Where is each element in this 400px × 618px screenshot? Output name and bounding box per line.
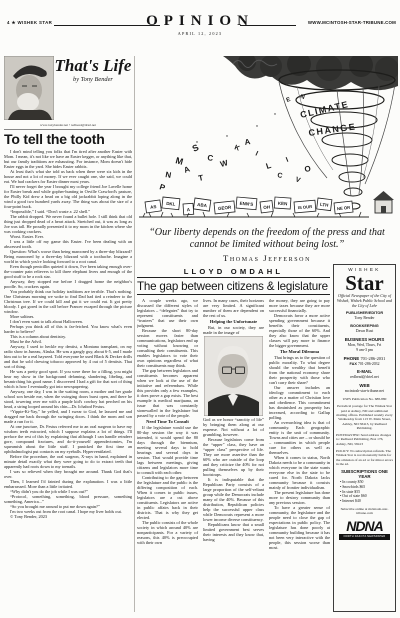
paragraph: the money, they are going to pay more ta… [269,298,330,313]
ndna-logo: NDNA [336,520,393,533]
column-title: That's Life [54,58,132,74]
paragraph: At one juncture, Dr. Festus referred me … [4,424,132,454]
paragraph: You probably think our holiday tradition… [4,289,132,314]
business-hours-time: 9 am-3 pm [336,348,393,353]
paragraph: When it comes to status, North Dakota ne… [269,455,330,490]
paragraph: God as we honor “sanctity of life” by br… [203,417,264,437]
subhead-helping: Helping the Unfortunate [207,319,260,324]
paragraph: A couple weeks ago, we discussed the dif… [137,298,198,328]
omdahl-column-3: the money, they are going to pay more ta… [269,298,330,594]
lloyd-omdahl-photo [204,336,263,416]
subscriptions-title: SUBSCRIPTIONS ONE YEAR [336,470,393,480]
paragraph: Before the procedure, the oral surgeon, … [4,454,132,469]
paragraph: I don't mind telling you folks that I'm … [4,149,132,169]
newspaper-page: 4 ★ WISHEK STAR OPINION APRIL 12, 2023 W… [0,0,400,618]
headline-rule-top [137,277,330,278]
paragraph: Democrats favor a more active spending g… [269,313,330,348]
paragraph: Even though penicillin quieted it down, … [4,264,132,279]
paragraph: Because legislators come from the “upper… [203,437,264,477]
paragraph: Contributing to the gap between the legi… [137,475,198,520]
bookkeeping-name: Dawn Rust [336,329,393,334]
paragraph: Then, I learned I'd fainted during the e… [4,479,132,489]
article-headline-bender: To tell the tooth [4,131,132,147]
article-headline-omdahl: The gap between citizens & legislature [137,280,330,293]
climate-change-cartoon: CLIMATE CHANGE E N S C W K A I M A N T P… [137,56,398,224]
usps-number: USPS Publication No. 688-880 [336,397,393,401]
publisher-name: Tony Bender [336,316,393,321]
subscribe-online-note: Subscribe online at mcintosh-star-tribun… [336,507,393,516]
column-divider [134,56,135,612]
paragraph: Question: What's worse than being maroon… [4,249,132,264]
paragraph: Because the short 80-day session moves f… [137,328,198,368]
tony-bender-photo [4,56,54,120]
paragraph: If the legislature would use the 80-day … [137,425,198,475]
paragraph: Republicans know that a small limited go… [203,522,264,542]
paragraph: The rabbit dropped. We never found a bul… [4,214,132,234]
paragraph: It is indisputable that the Republican P… [203,477,264,522]
paragraph: The present legislature has done more to… [269,490,330,505]
paragraph: Perhaps you think all of this is far-fet… [4,324,132,334]
sign-fragment: LTH [320,202,329,208]
paragraph: The public consists of the whole society… [137,520,198,545]
paragraph: He was a pretty good sport. If you were … [4,369,132,389]
paragraph: I was a little off my game this Easter. … [4,239,132,249]
subscription-rates: • In county $50 • Snowbirds $65 • In sta… [336,480,393,504]
pull-quote: “Our liberty depends on the freedom of t… [138,227,396,263]
column-rule [4,129,132,130]
paragraph: Anyway, I used to heckle my dentist, a M… [4,344,132,369]
paragraph: “Protocol, something, something, blood p… [4,494,132,504]
subhead-need-time: Need Time To Consult [141,419,194,424]
paragraph: Our answer includes an ideology commitme… [269,385,330,420]
thats-life-header: That's Life by Tony Bender [4,56,132,120]
paragraph: An overarching idea is that of community… [269,420,330,455]
postmaster-note: POSTMASTER: Send address changes to: Red… [336,433,393,446]
masthead-star: Star [336,273,393,293]
columnist-name: LLOYD OMDAHL [137,267,330,276]
web-address: mcintosh-star-tribune.net [336,389,393,394]
paragraph: Anyway, one day, I was in the waiting ro… [4,389,132,409]
masthead-info-box: WISHEK Star Official Newspaper of the Ci… [333,264,396,612]
paragraph: But, in our society, they are made in th… [203,325,264,335]
copyright-line: © Tony Bender, 2023 [4,514,132,519]
fax-line: FAX 701-286-2032 [336,362,393,367]
thats-life-column: That's Life by Tony Bender www.tonybende… [4,56,132,519]
policy-note: POLICY: No subscription refunds. The Wis… [336,449,393,466]
subhead-moral-dilemma: The Moral Dilemma [273,349,326,354]
paragraph: At least that's what she told us back wh… [4,169,132,184]
website-url: WWW.MCINTOSH-STAR-TRIBUNE.COM [308,20,396,25]
phone-number: 701-286-2031 [360,356,385,361]
paragraph: To have a greater sense of community, th… [269,505,330,550]
paragraph: Anyway, they stopped me before I dragged… [4,279,132,289]
email-address: redhead@drtel.net [336,375,393,380]
headline-rule-bottom [137,294,330,295]
sign-fragment: OH [263,204,270,210]
sign-fragment: DKL [166,201,176,207]
author-contact: www.tonybender.net • redhead@drtel.net [4,123,132,127]
fax-label: FAX [350,362,357,366]
column-byline: by Tony Bender [54,76,132,83]
header-rule-right [240,25,296,26]
omdahl-column-1: A couple weeks ago, we discussed the dif… [137,298,198,594]
paragraph: I'll never forget the year I brought my … [4,184,132,209]
phone-label: PHONE [344,356,360,361]
paragraph: I was so relieved when they brought me a… [4,469,132,479]
fax-number: 701-286-2032 [358,362,380,366]
periodical-postage-note: Periodical postage for The Wishek Star p… [336,404,393,430]
omdahl-article-columns: A couple weeks ago, we discussed the dif… [137,298,330,594]
quote-text: “Our liberty depends on the freedom of t… [138,227,396,251]
article-body-bender: I don't mind telling you folks that I'm … [4,149,132,519]
ndna-logo-bar: NORTH DAKOTA NEWSPAPER ASSOCIATION [339,534,390,540]
paragraph: lives. In many cases, their horizons are… [203,298,264,318]
omdahl-column-2: lives. In many cases, their horizons are… [203,298,264,594]
sign-fragment: AS [150,204,157,210]
paragraph: The gap between legislators and constitu… [137,368,198,418]
paragraph: That brings us to the question of public… [269,355,330,385]
official-newspaper-note: Official Newspaper of the City of Wishek… [336,294,393,308]
issue-date: APRIL 12, 2023 [0,31,400,36]
sign-fragment: KEN [278,201,288,207]
paragraph: “Yippie-Ki-Yay,” he yelled, and I swear … [4,409,132,424]
subscription-rate: • Internet $40 [340,499,393,504]
thats-life-titlewrap: That's Life by Tony Bender [54,56,132,120]
quote-attribution: Thomas Jefferson [138,253,396,263]
